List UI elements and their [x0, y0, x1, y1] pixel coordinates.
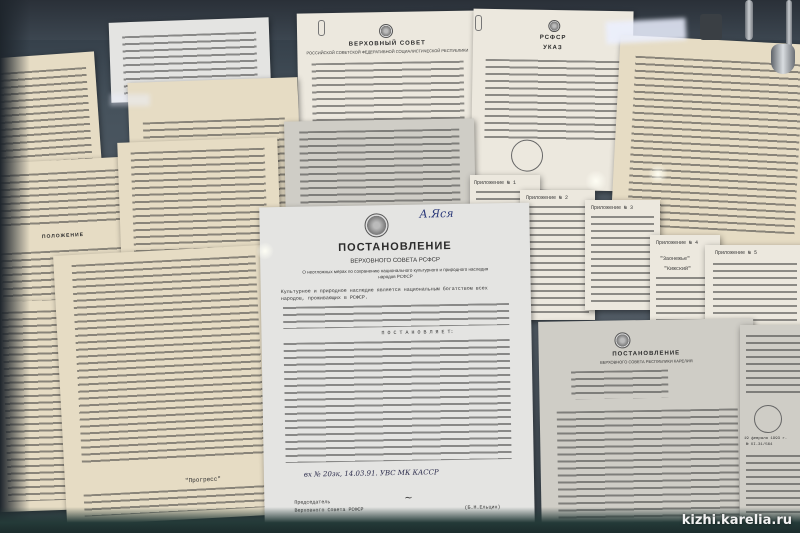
text-lines — [71, 255, 266, 464]
registration-note: вх № 20зк, 14.03.91. УВС МК КАССР — [304, 468, 439, 478]
paperclip-icon — [318, 20, 325, 36]
emblem-icon — [379, 24, 393, 38]
vitrine-photo: ВЕРХОВНЫЙ СОВЕТ РОССИЙСКОЙ СОВЕТСКОЙ ФЕД… — [0, 0, 800, 533]
quote-kizhsky: "Кижский" — [664, 265, 691, 273]
lamp-arm — [786, 0, 792, 50]
display-bracket — [700, 14, 722, 40]
text-lines — [526, 206, 589, 316]
light-reflection — [256, 242, 274, 260]
appendix-label: Приложение № 4 — [656, 239, 698, 247]
document-appendix-3: Приложение № 3 — [585, 200, 660, 310]
handwritten-note: А.Яся — [419, 210, 453, 219]
quote-zaonezhye: "Заонежье" — [660, 255, 690, 263]
seal-stamp — [754, 405, 782, 433]
vitrine-frame-left — [0, 0, 30, 533]
emblem-icon — [614, 332, 630, 348]
glass-glare — [605, 18, 686, 44]
decree-word: П О С Т А Н О В Л Я Е Т: — [381, 328, 453, 337]
lamp-head — [771, 44, 795, 74]
document-main-resolution: А.Яся ПОСТАНОВЛЕНИЕ ВЕРХОВНОГО СОВЕТА РС… — [259, 203, 535, 528]
doc-intro: Культурное и природное наследие является… — [281, 285, 511, 303]
light-reflection — [585, 170, 607, 192]
text-lines — [283, 303, 510, 329]
signature: ~ — [404, 495, 413, 503]
appendix-label: Приложение № 1 — [474, 179, 516, 187]
paperclip-icon — [475, 15, 482, 31]
emblem-icon — [364, 213, 388, 237]
light-reflection — [648, 164, 668, 184]
vitrine-frame-bottom — [0, 507, 800, 533]
appendix-label: Приложение № 5 — [715, 249, 757, 257]
document-bottom-left-center: "Прогресс" — [53, 244, 287, 525]
doc-heading: ПОСТАНОВЛЕНИЕ — [260, 241, 530, 254]
site-watermark: kizhi.karelia.ru — [682, 513, 792, 528]
document-right-bottom: 19 февраля 1993 г. № XI-31/564 — [740, 325, 800, 525]
appendix-label: Приложение № 3 — [591, 204, 633, 212]
appendix-label: Приложение № 2 — [526, 194, 568, 202]
text-lines — [591, 216, 654, 306]
doc-number: № XI-31/564 — [746, 441, 772, 449]
doc-subheading: УКАЗ — [473, 43, 633, 54]
seal-stamp — [511, 139, 544, 172]
emblem-icon — [548, 20, 560, 32]
text-lines — [484, 59, 620, 141]
text-lines — [283, 339, 512, 463]
lamp-arm — [745, 0, 753, 40]
text-lines — [571, 370, 668, 400]
document-appendix-2: Приложение № 2 — [520, 190, 595, 320]
doc-topic: О неотложных мерах по сохранению национа… — [300, 266, 490, 281]
glass-glare — [110, 94, 150, 106]
text-lines — [746, 455, 800, 515]
quote-progress: "Прогресс" — [185, 475, 221, 485]
doc-subheading: РОССИЙСКОЙ СОВЕТСКОЙ ФЕДЕРАТИВНОЙ СОЦИАЛ… — [297, 46, 477, 57]
text-lines — [746, 335, 800, 395]
document-karelia-resolution: ПОСТАНОВЛЕНИЕ ВЕРХОВНОГО СОВЕТА РЕСПУБЛИ… — [538, 318, 757, 533]
